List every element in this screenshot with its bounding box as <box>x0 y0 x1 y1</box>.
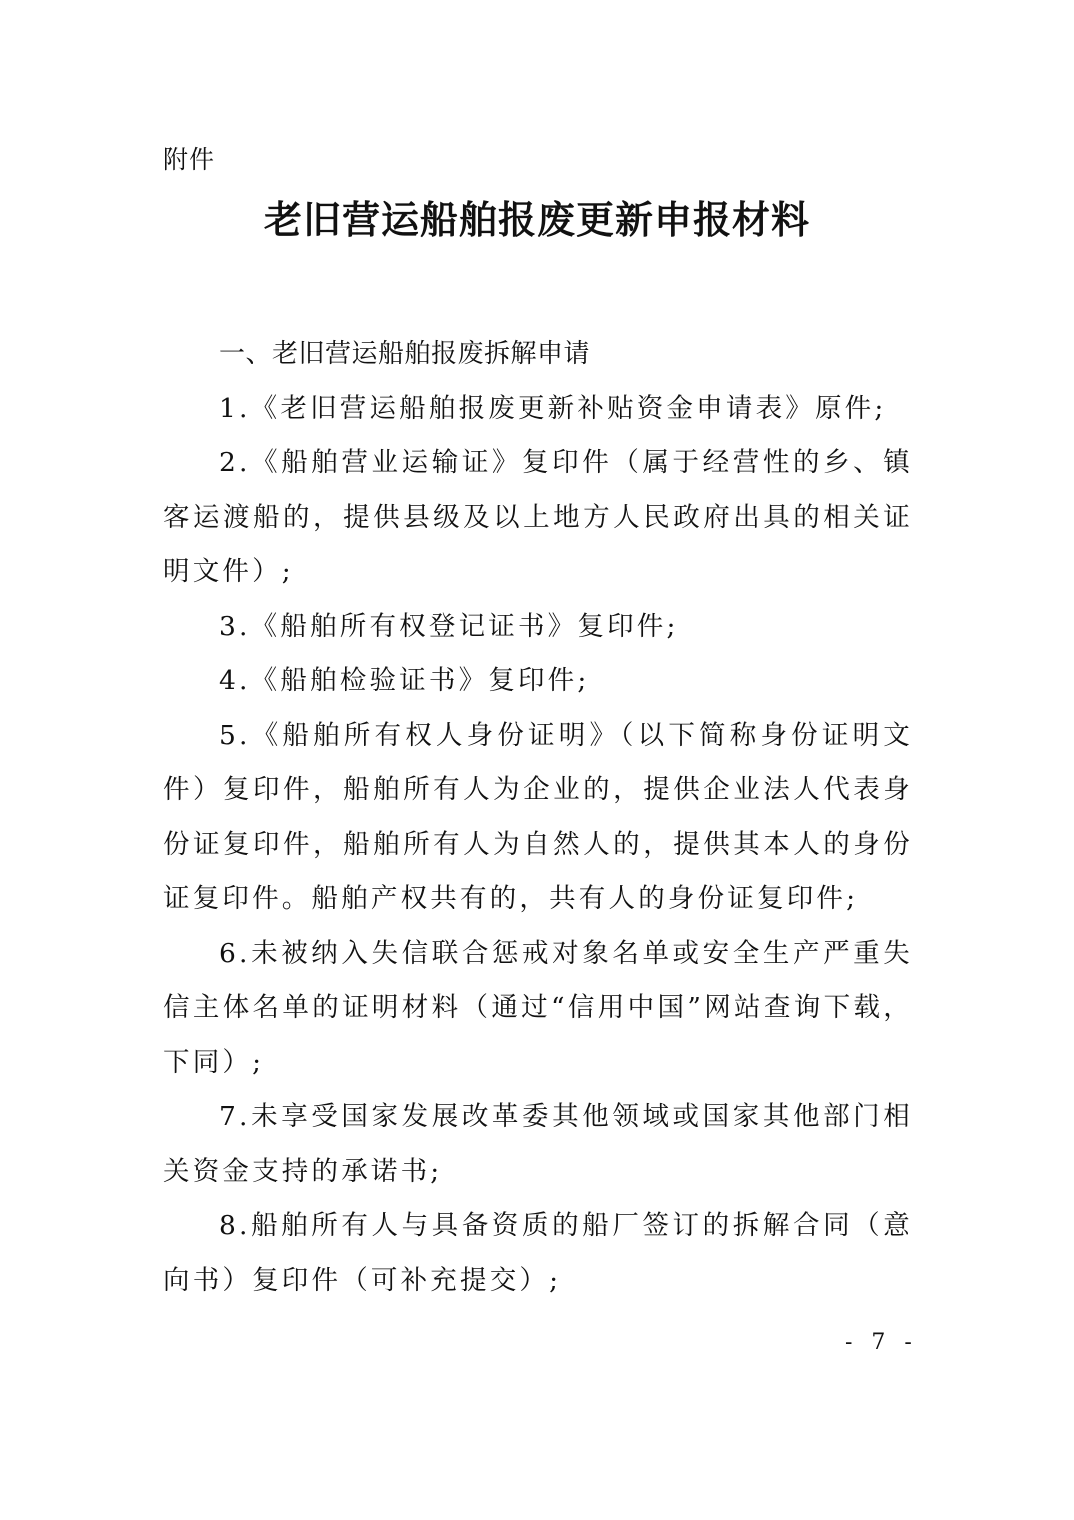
list-item: 4.《船舶检验证书》复印件; <box>163 654 913 709</box>
document-page: 附件 老旧营运船舶报废更新申报材料 一、老旧营运船舶报废拆解申请 1.《老旧营运… <box>0 0 1074 1520</box>
list-item: 5.《船舶所有权人身份证明》（以下简称身份证明文件）复印件，船舶所有人为企业的，… <box>163 709 913 927</box>
page-number: - 7 - <box>845 1330 918 1355</box>
section-heading: 一、老旧营运船舶报废拆解申请 <box>163 327 913 382</box>
list-item: 3.《船舶所有权登记证书》复印件; <box>163 600 913 655</box>
attachment-label: 附件 <box>163 140 215 180</box>
list-item: 8.船舶所有人与具备资质的船厂签订的拆解合同（意向书）复印件（可补充提交）; <box>163 1199 913 1308</box>
list-item: 7.未享受国家发展改革委其他领域或国家其他部门相关资金支持的承诺书; <box>163 1090 913 1199</box>
document-body: 一、老旧营运船舶报废拆解申请 1.《老旧营运船舶报废更新补贴资金申请表》原件; … <box>163 327 913 1308</box>
list-item: 6.未被纳入失信联合惩戒对象名单或安全生产严重失信主体名单的证明材料（通过“信用… <box>163 927 913 1091</box>
document-title: 老旧营运船舶报废更新申报材料 <box>0 192 1074 248</box>
list-item: 1.《老旧营运船舶报废更新补贴资金申请表》原件; <box>163 382 913 437</box>
list-item: 2.《船舶营业运输证》复印件（属于经营性的乡、镇客运渡船的，提供县级及以上地方人… <box>163 436 913 600</box>
